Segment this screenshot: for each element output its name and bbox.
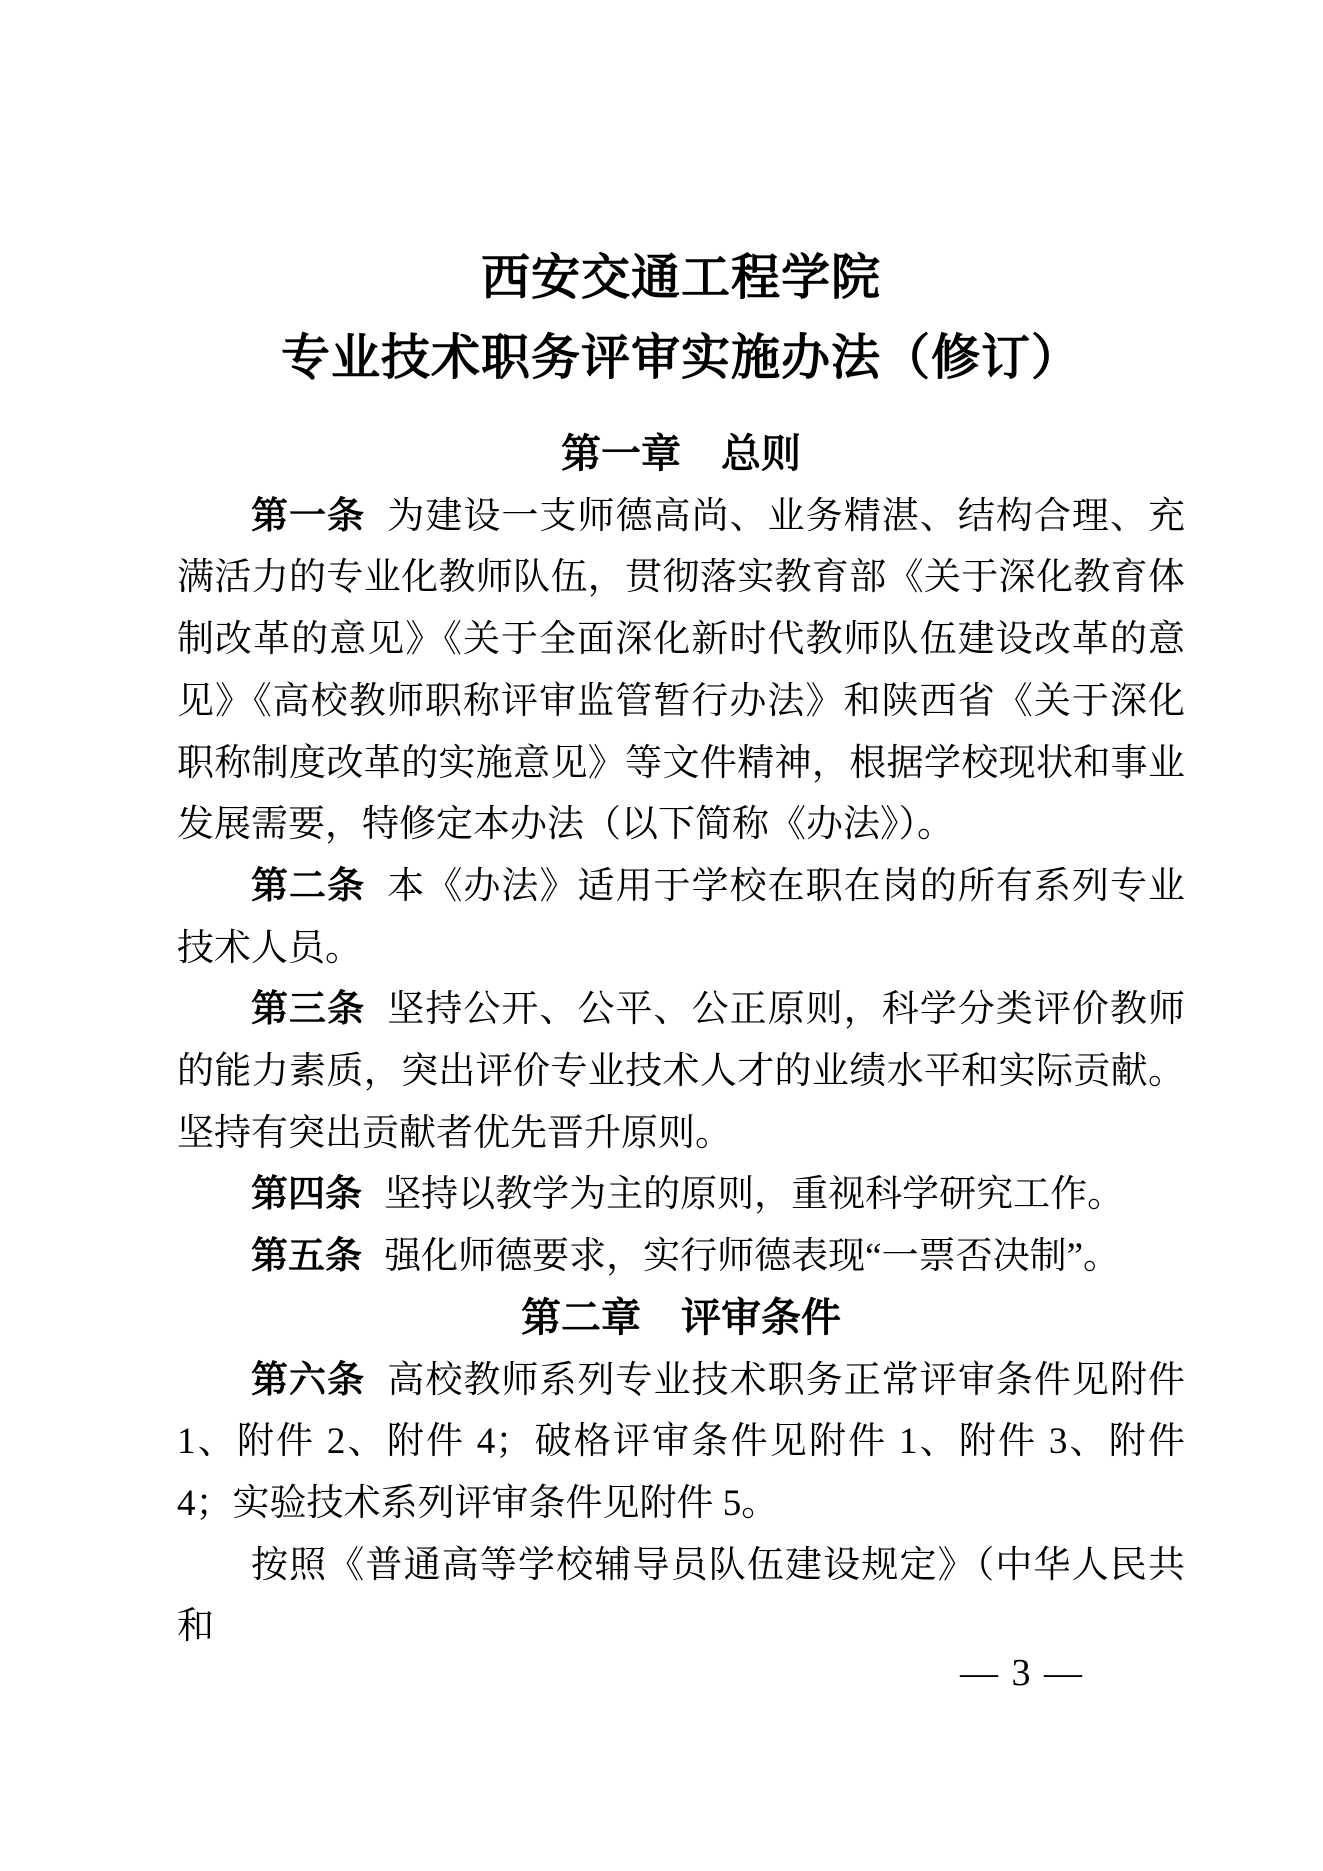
article-paragraph-6: 第六条高校教师系列专业技术职务正常评审条件见附件 1、附件 2、附件 4；破格评…: [177, 1350, 1185, 1535]
title-line-1: 西安交通工程学院: [177, 238, 1185, 318]
closing-paragraph: 按照《普通高等学校辅导员队伍建设规定》（中华人民共和: [177, 1535, 1185, 1658]
article-4-text: 坚持以教学为主的原则，重视科学研究工作。: [384, 1174, 1124, 1215]
page-number: — 3 —: [960, 1652, 1084, 1694]
article-1-text: 为建设一支师德高尚、业务精湛、结构合理、充满活力的专业化教师队伍，贯彻落实教育部…: [177, 496, 1185, 846]
document-title: 西安交通工程学院 专业技术职务评审实施办法（修订）: [177, 238, 1185, 398]
article-4-label: 第四条: [251, 1174, 384, 1215]
article-1-label: 第一条: [251, 496, 387, 537]
article-2-label: 第二条: [251, 866, 387, 907]
article-3-label: 第三条: [251, 989, 387, 1030]
article-paragraph-4: 第四条坚持以教学为主的原则，重视科学研究工作。: [177, 1164, 1185, 1226]
article-paragraph-1: 第一条为建设一支师德高尚、业务精湛、结构合理、充满活力的专业化教师队伍，贯彻落实…: [177, 486, 1185, 856]
article-6-label: 第六条: [251, 1360, 387, 1401]
document-page: 西安交通工程学院 专业技术职务评审实施办法（修订） 第一章 总则 第一条为建设一…: [0, 0, 1323, 1871]
chapter-2-heading: 第二章 评审条件: [177, 1288, 1185, 1350]
chapter-1-heading: 第一章 总则: [177, 424, 1185, 486]
article-paragraph-2: 第二条本《办法》适用于学校在职在岗的所有系列专业技术人员。: [177, 856, 1185, 979]
article-5-label: 第五条: [251, 1236, 384, 1277]
article-paragraph-3: 第三条坚持公开、公平、公正原则，科学分类评价教师的能力素质，突出评价专业技术人才…: [177, 979, 1185, 1164]
document-body: 第一章 总则 第一条为建设一支师德高尚、业务精湛、结构合理、充满活力的专业化教师…: [177, 424, 1185, 1658]
article-paragraph-5: 第五条强化师德要求，实行师德表现“一票否决制”。: [177, 1226, 1185, 1288]
title-line-2: 专业技术职务评审实施办法（修订）: [177, 318, 1185, 398]
article-5-text: 强化师德要求，实行师德表现“一票否决制”。: [384, 1236, 1120, 1277]
